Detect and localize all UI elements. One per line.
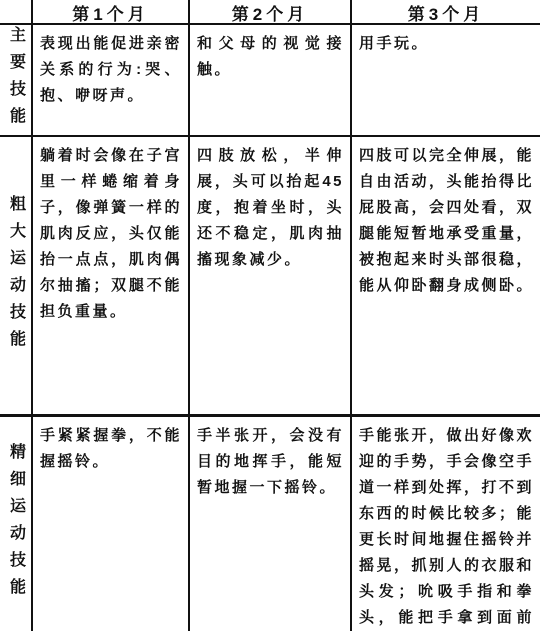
table-corner-cell xyxy=(0,0,33,25)
cell-major-skills-month-2: 和父母的视觉接触。 xyxy=(190,25,352,137)
column-header-month-1: 第1个月 xyxy=(33,0,190,25)
cell-fine-motor-month-2: 手半张开，会没有目的地挥手，能短暂地握一下摇铃。 xyxy=(190,417,352,631)
row-label-fine-motor-skills: 精细运动技能 xyxy=(0,417,33,631)
row-label-gross-motor-skills: 粗大运动技能 xyxy=(0,137,33,417)
cell-major-skills-month-1: 表现出能促进亲密关系的行为:哭、抱、咿呀声。 xyxy=(33,25,190,137)
column-header-month-3: 第3个月 xyxy=(352,0,540,25)
milestones-table: 第1个月 第2个月 第3个月 主要技能 表现出能促进亲密关系的行为:哭、抱、咿呀… xyxy=(0,0,540,631)
cell-gross-motor-month-1: 躺着时会像在子宫里一样蜷缩着身子，像弹簧一样的肌肉反应，头仅能抬一点点，肌肉偶尔… xyxy=(33,137,190,417)
cell-gross-motor-month-3: 四肢可以完全伸展，能自由活动，头能抬得比屁股高，会四处看，双腿能短暂地承受重量，… xyxy=(352,137,540,417)
cell-major-skills-month-3: 用手玩。 xyxy=(352,25,540,137)
cell-gross-motor-month-2: 四肢放松，半伸展，头可以抬起45度，抱着坐时，头还不稳定，肌肉抽搐现象减少。 xyxy=(190,137,352,417)
cell-fine-motor-month-1: 手紧紧握拳，不能握摇铃。 xyxy=(33,417,190,631)
column-header-month-2: 第2个月 xyxy=(190,0,352,25)
row-label-major-skills: 主要技能 xyxy=(0,25,33,137)
scanned-document-page: 第1个月 第2个月 第3个月 主要技能 表现出能促进亲密关系的行为:哭、抱、咿呀… xyxy=(0,0,540,631)
cell-fine-motor-month-3: 手能张开，做出好像欢迎的手势，手会像空手道一样到处挥，打不到东西的时候比较多；能… xyxy=(352,417,540,631)
